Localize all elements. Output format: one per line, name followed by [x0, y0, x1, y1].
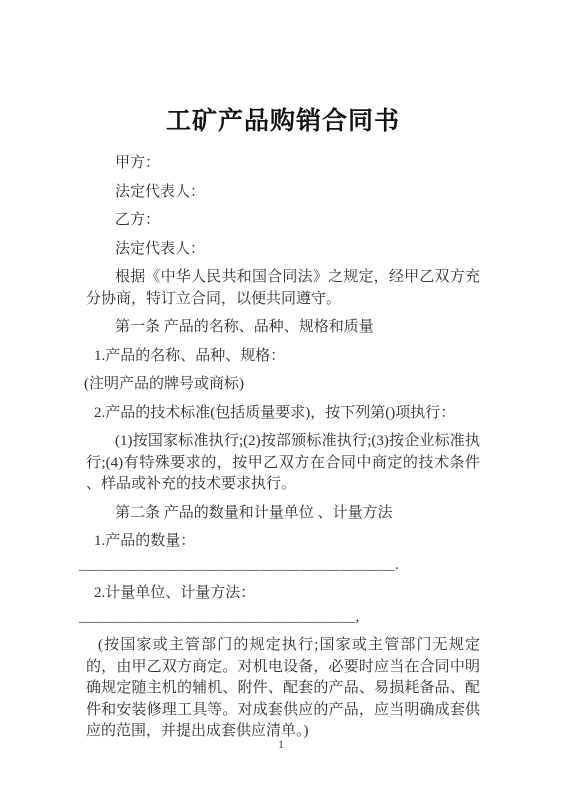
blank-line-1: ________________________________________… [79, 555, 480, 577]
article-2-item-1: 1.产品的数量： [86, 531, 480, 553]
article-2-item-2: 2.计量单位、计量方法： [86, 583, 480, 605]
article-2-note: (按国家或主管部门的规定执行;国家或主管部门无规定的，由甲乙双方商定。对机电设备… [86, 635, 480, 743]
document-body: 甲方：法定代表人：乙方：法定代表人：根据《中华人民共和国合同法》之规定，经甲乙双… [86, 153, 480, 743]
article-1-note: (注明产品的牌号或商标) [86, 374, 480, 396]
article-1-options: (1)按国家标准执行;(2)按部颁标准执行;(3)按企业标准执行;(4)有特殊要… [86, 431, 480, 496]
article-1-item-2: 2.产品的技术标准(包括质量要求)，按下列第()项执行： [86, 403, 480, 425]
document-title: 工矿产品购销合同书 [0, 0, 566, 137]
article-1-heading: 第一条 产品的名称、品种、规格和质量 [86, 317, 480, 339]
party-b-representative-label: 法定代表人： [86, 239, 480, 261]
page-number: 1 [0, 737, 562, 752]
article-1-item-1: 1.产品的名称、品种、规格： [86, 346, 480, 368]
party-a-representative-label: 法定代表人： [86, 182, 480, 204]
preamble: 根据《中华人民共和国合同法》之规定，经甲乙双方充分协商，特订立合同，以便共同遵守… [86, 267, 480, 310]
party-b-label: 乙方： [86, 210, 480, 232]
article-2-heading: 第二条 产品的数量和计量单位 、计量方法 [86, 503, 480, 525]
blank-line-2: ___________________________________, [79, 607, 480, 629]
contract-page: 工矿产品购销合同书 甲方：法定代表人：乙方：法定代表人：根据《中华人民共和国合同… [0, 0, 566, 800]
party-a-label: 甲方： [86, 153, 480, 175]
